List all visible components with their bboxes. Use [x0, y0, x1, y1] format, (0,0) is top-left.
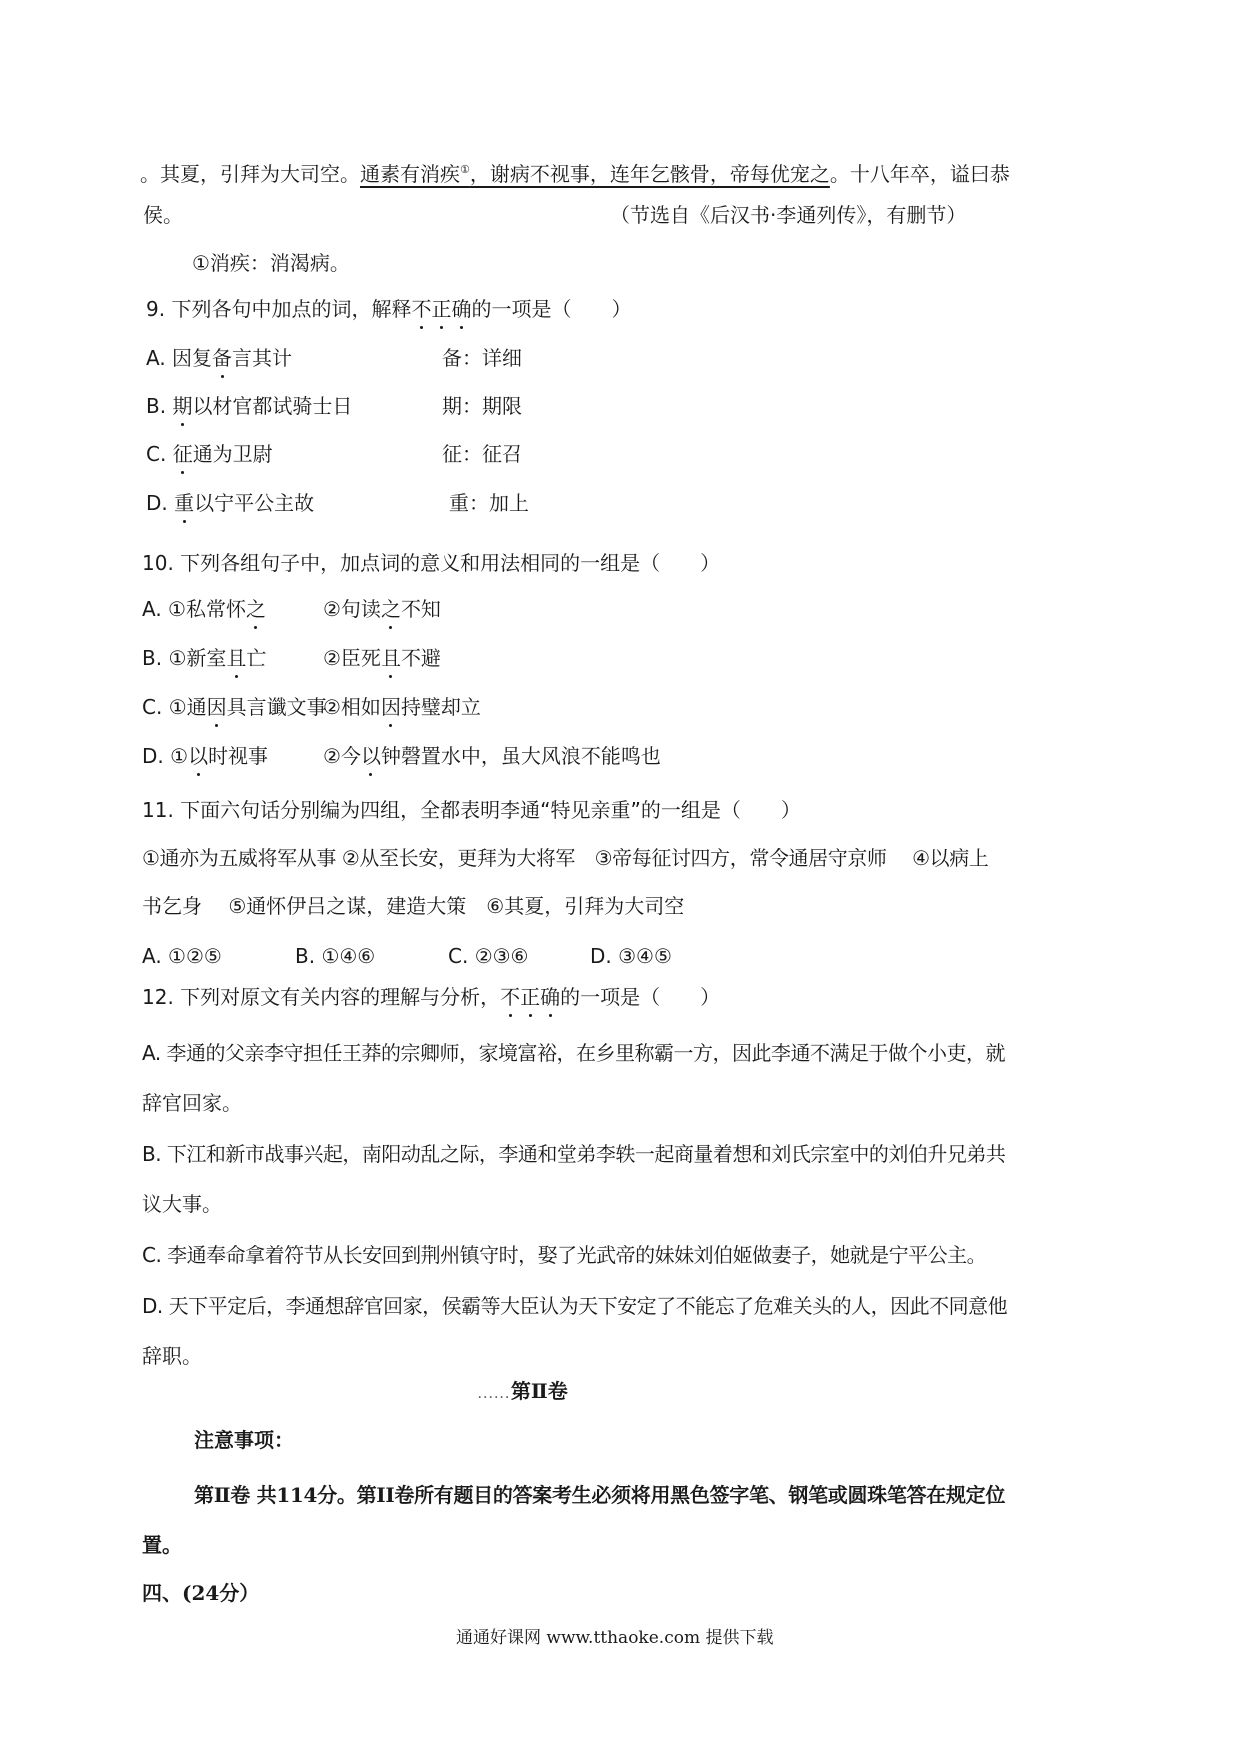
stem-text: 9. 下列各句中加点的词，解释 [146, 297, 411, 321]
emphasized-char: 重 [174, 490, 194, 516]
passage-text-tail: 。十八年卒，谥曰恭 [830, 162, 1010, 186]
sentence-text: 持璧却立 [401, 695, 481, 719]
emphasized-char: 不 [500, 984, 520, 1010]
choice-value: ①④⑥ [321, 944, 375, 968]
question-12-option-a-line-1: A. 李通的父亲李守担任王莽的宗卿师，家境富裕，在乡里称霸一方，因此李通不满足于… [142, 1040, 1005, 1066]
question-10-option-b-sentence-2: ②臣死且不避 [323, 645, 441, 671]
gloss-text: 征：征召 [442, 442, 522, 466]
choice-label: A. [142, 944, 162, 968]
footnote-text: ①消疾：消渴病。 [192, 251, 350, 275]
notice-line-2: 置。 [142, 1532, 182, 1558]
emphasized-char: 因 [207, 694, 227, 720]
underlined-text-a: 通素有消疾 [360, 162, 460, 186]
emphasized-char: 因 [381, 694, 401, 720]
emphasized-char: 之 [246, 596, 266, 622]
question-11-stem: 11. 下面六句话分别编为四组，全都表明李通“特见亲重”的一组是（ ） [142, 797, 801, 823]
choice-c: C. ②③⑥ [448, 943, 590, 969]
emphasized-char: 且 [226, 645, 246, 671]
emphasized-char: 不 [411, 296, 431, 322]
question-12-option-a-line-2: 辞官回家。 [142, 1090, 242, 1116]
emphasized-char: 以 [361, 743, 381, 769]
question-10-option-c-sentence-2: ②相如因持璧却立 [323, 694, 481, 720]
gloss-text: 备：详细 [442, 346, 522, 370]
sentence-text: ②今 [323, 744, 361, 768]
sentence-text: 不避 [401, 646, 441, 670]
question-9-gloss-a: 备：详细 [442, 345, 522, 371]
emphasized-char: 征 [173, 441, 193, 467]
source-citation: （节选自《后汉书·李通列传》，有删节） [610, 203, 966, 227]
choice-value: ③④⑤ [618, 944, 672, 968]
question-9-option-d: D. 重以宁平公主故 [146, 490, 314, 516]
question-10-option-a-sentence-2: ②句读之不知 [323, 596, 441, 622]
option-label: C. [146, 442, 166, 466]
section-4-text: 四、(24分） [142, 1581, 259, 1605]
question-9-option-a: A. 因复备言其计 [146, 345, 292, 371]
option-label: D. [146, 491, 168, 515]
part-2-heading: ......第Ⅱ卷 [478, 1378, 568, 1409]
question-10-option-d-sentence-2: ②今以钟磬置水中，虽大风浪不能鸣也 [323, 743, 661, 769]
notice-line-1: 第Ⅱ卷 共114分。第II卷所有题目的答案考生必须将用黑色签字笔、钢笔或圆珠笔答… [194, 1482, 1005, 1508]
question-9-option-c: C. 征通为卫尉 [146, 441, 273, 467]
option-text: 言其计 [232, 346, 292, 370]
sentence-text: ① [170, 744, 188, 768]
emphasized-char: 期 [172, 393, 192, 419]
sentence-text: ①私常怀 [168, 597, 246, 621]
passage-text: 侯。 [143, 203, 183, 227]
question-11-items-line-2: 书乞身 ⑤通怀伊吕之谋，建造大策 ⑥其夏，引拜为大司空 [142, 893, 684, 919]
sentence-text: 具言谶文事 [227, 695, 327, 719]
question-11-choices: A. ①②⑤B. ①④⑥C. ②③⑥D. ③④⑤ [142, 943, 672, 969]
choice-d: D. ③④⑤ [590, 943, 672, 969]
option-label: A. [142, 597, 162, 621]
question-9-gloss-c: 征：征召 [442, 441, 522, 467]
notice-text: 第Ⅱ卷 共114分。第II卷所有题目的答案考生必须将用黑色签字笔、钢笔或圆珠笔答… [194, 1483, 1005, 1507]
stem-text: 11. 下面六句话分别编为四组，全都表明李通“特见亲重”的一组是（ ） [142, 798, 801, 822]
option-text: 通为卫尉 [193, 442, 273, 466]
notice-title: 注意事项： [194, 1427, 294, 1453]
option-text: 辞职。 [142, 1344, 202, 1368]
sentence-text: 不知 [401, 597, 441, 621]
option-text: D. 天下平定后，李通想辞官回家，侯霸等大臣认为天下安定了不能忘了危难关头的人，… [142, 1294, 1007, 1318]
notice-text: 置。 [142, 1533, 182, 1557]
option-label: B. [142, 646, 162, 670]
sentence-text: ①通 [169, 695, 207, 719]
underlined-text-b: ，谢病不视事，连年乞骸骨，帝每优宠之 [470, 162, 830, 186]
underlined-sentence: 通素有消疾①，谢病不视事，连年乞骸骨，帝每优宠之 [360, 162, 830, 186]
question-10-option-b: B. ①新室且亡 [142, 645, 266, 671]
option-label: C. [142, 695, 162, 719]
passage-source: （节选自《后汉书·李通列传》，有删节） [610, 202, 966, 228]
emphasized-char: 备 [212, 345, 232, 371]
question-10-option-a: A. ①私常怀之 [142, 596, 266, 622]
question-12-option-d-line-1: D. 天下平定后，李通想辞官回家，侯霸等大臣认为天下安定了不能忘了危难关头的人，… [142, 1293, 1007, 1319]
choice-label: D. [590, 944, 612, 968]
choice-label: B. [295, 944, 315, 968]
option-label: B. [146, 394, 166, 418]
section-4-heading: 四、(24分） [142, 1580, 259, 1606]
notice-title-text: 注意事项： [194, 1428, 294, 1452]
sentence-text: ②相如 [323, 695, 381, 719]
choice-b: B. ①④⑥ [295, 943, 448, 969]
footer-text: 通通好课网 www.tthaoke.com 提供下载 [456, 1628, 773, 1648]
question-9-stem: 9. 下列各句中加点的词，解释不正确的一项是（ ） [146, 296, 631, 322]
sentence-text: 亡 [246, 646, 266, 670]
emphasized-char: 之 [381, 596, 401, 622]
items-text: ①通亦为五威将军从事 ②从至长安，更拜为大将军 ③帝每征讨四方，常令通居守京师 … [142, 846, 988, 870]
emphasized-char: 确 [451, 296, 471, 322]
question-10-stem: 10. 下列各组句子中，加点词的意义和用法相同的一组是（ ） [142, 550, 720, 576]
sentence-text: ②臣死 [323, 646, 381, 670]
items-text: 书乞身 ⑤通怀伊吕之谋，建造大策 ⑥其夏，引拜为大司空 [142, 894, 684, 918]
option-text: C. 李通奉命拿着符节从长安回到荆州镇守时，娶了光武帝的妹妹刘伯姬做妻子，她就是… [142, 1243, 986, 1267]
question-10-option-d: D. ①以时视事 [142, 743, 268, 769]
choice-value: ①②⑤ [168, 944, 222, 968]
emphasized-char: 正 [520, 984, 540, 1010]
option-label: D. [142, 744, 164, 768]
stem-text: 的一项是（ ） [560, 985, 720, 1009]
choice-value: ②③⑥ [475, 944, 529, 968]
part-2-title: 第Ⅱ卷 [511, 1379, 568, 1403]
passage-line-2: 侯。 [143, 202, 183, 228]
option-text: 辞官回家。 [142, 1091, 242, 1115]
passage-line-1: 。其夏，引拜为大司空。通素有消疾①，谢病不视事，连年乞骸骨，帝每优宠之。十八年卒… [140, 157, 1010, 187]
question-9-option-b: B. 期以材官都试骑士日 [146, 393, 352, 419]
question-12-option-b-line-1: B. 下江和新市战事兴起，南阳动乱之际，李通和堂弟李轶一起商量着想和刘氏宗室中的… [142, 1141, 1005, 1167]
question-12-stem: 12. 下列对原文有关内容的理解与分析，不正确的一项是（ ） [142, 984, 720, 1010]
option-text: 议大事。 [142, 1192, 222, 1216]
question-11-items-line-1: ①通亦为五威将军从事 ②从至长安，更拜为大将军 ③帝每征讨四方，常令通居守京师 … [142, 845, 988, 871]
question-10-option-c: C. ①通因具言谶文事 [142, 694, 327, 720]
choice-label: C. [448, 944, 468, 968]
emphasized-char: 且 [381, 645, 401, 671]
option-text: 以材官都试骑士日 [192, 394, 352, 418]
gloss-text: 重：加上 [449, 491, 529, 515]
sentence-text: ②句读 [323, 597, 381, 621]
question-12-option-b-line-2: 议大事。 [142, 1191, 222, 1217]
emphasized-char: 正 [431, 296, 451, 322]
sentence-text: 钟磬置水中，虽大风浪不能鸣也 [381, 744, 661, 768]
stem-text: 的一项是（ ） [471, 297, 631, 321]
question-12-option-c-line-1: C. 李通奉命拿着符节从长安回到荆州镇守时，娶了光武帝的妹妹刘伯姬做妻子，她就是… [142, 1242, 986, 1268]
footnote: ①消疾：消渴病。 [192, 250, 350, 276]
option-text: 以宁平公主故 [194, 491, 314, 515]
sentence-text: 时视事 [208, 744, 268, 768]
gloss-text: 期：期限 [442, 394, 522, 418]
question-9-gloss-d: 重：加上 [449, 490, 529, 516]
option-label: A. [146, 346, 166, 370]
stem-text: 10. 下列各组句子中，加点词的意义和用法相同的一组是（ ） [142, 551, 720, 575]
emphasized-char: 以 [188, 743, 208, 769]
leader-dots: ...... [478, 1390, 511, 1401]
question-12-option-d-line-2: 辞职。 [142, 1343, 202, 1369]
option-text: A. 李通的父亲李守担任王莽的宗卿师，家境富裕，在乡里称霸一方，因此李通不满足于… [142, 1041, 1005, 1065]
option-text: B. 下江和新市战事兴起，南阳动乱之际，李通和堂弟李轶一起商量着想和刘氏宗室中的… [142, 1142, 1005, 1166]
emphasized-char: 确 [540, 984, 560, 1010]
footnote-mark: ① [460, 163, 470, 176]
sentence-text: ①新室 [168, 646, 226, 670]
question-9-gloss-b: 期：期限 [442, 393, 522, 419]
choice-a: A. ①②⑤ [142, 943, 295, 969]
passage-text: 。其夏，引拜为大司空。 [140, 162, 360, 186]
page-footer: 通通好课网 www.tthaoke.com 提供下载 [456, 1625, 773, 1651]
option-text: 因复 [172, 346, 212, 370]
stem-text: 12. 下列对原文有关内容的理解与分析， [142, 985, 500, 1009]
